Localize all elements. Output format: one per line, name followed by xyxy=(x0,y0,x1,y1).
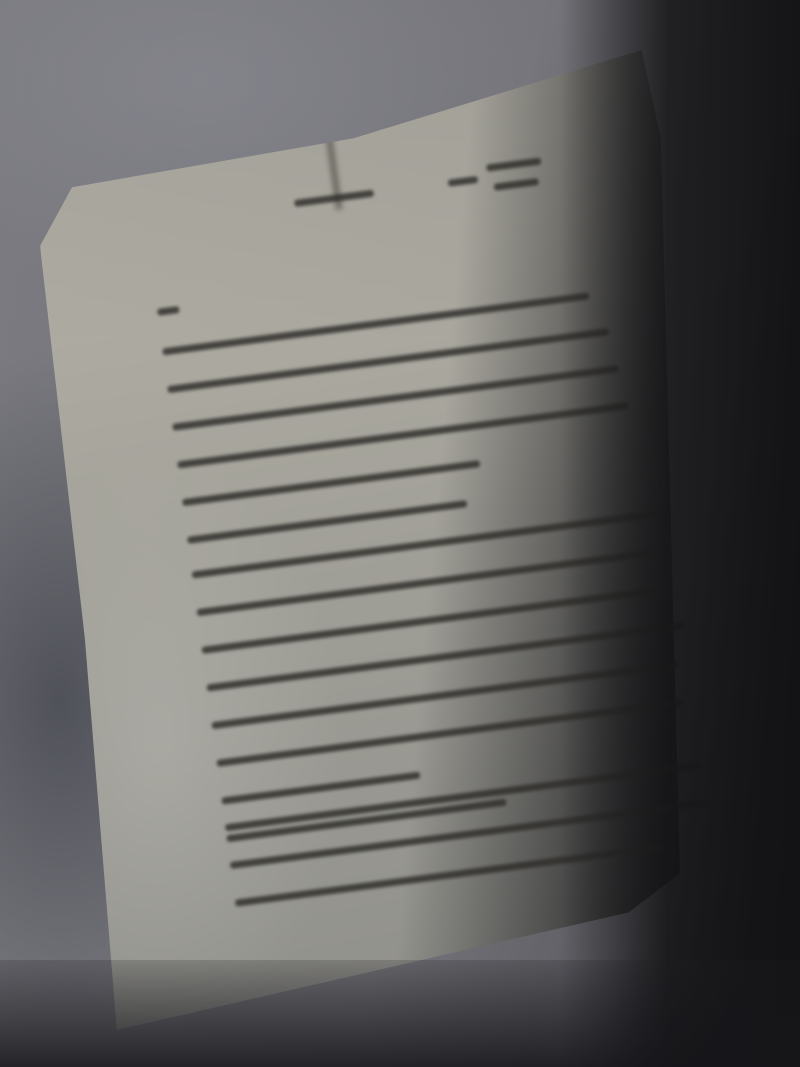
shadow-bottom xyxy=(0,960,800,1067)
text-line xyxy=(167,328,609,393)
text-line xyxy=(221,772,420,805)
text-line xyxy=(182,460,480,506)
header-left xyxy=(294,190,374,207)
text-line xyxy=(172,365,619,431)
header-right-3 xyxy=(494,178,540,191)
salutation xyxy=(157,306,180,316)
shadow-right xyxy=(560,0,800,1067)
header-right-2 xyxy=(486,158,541,172)
text-line xyxy=(187,500,468,544)
header-right-1 xyxy=(448,176,479,187)
